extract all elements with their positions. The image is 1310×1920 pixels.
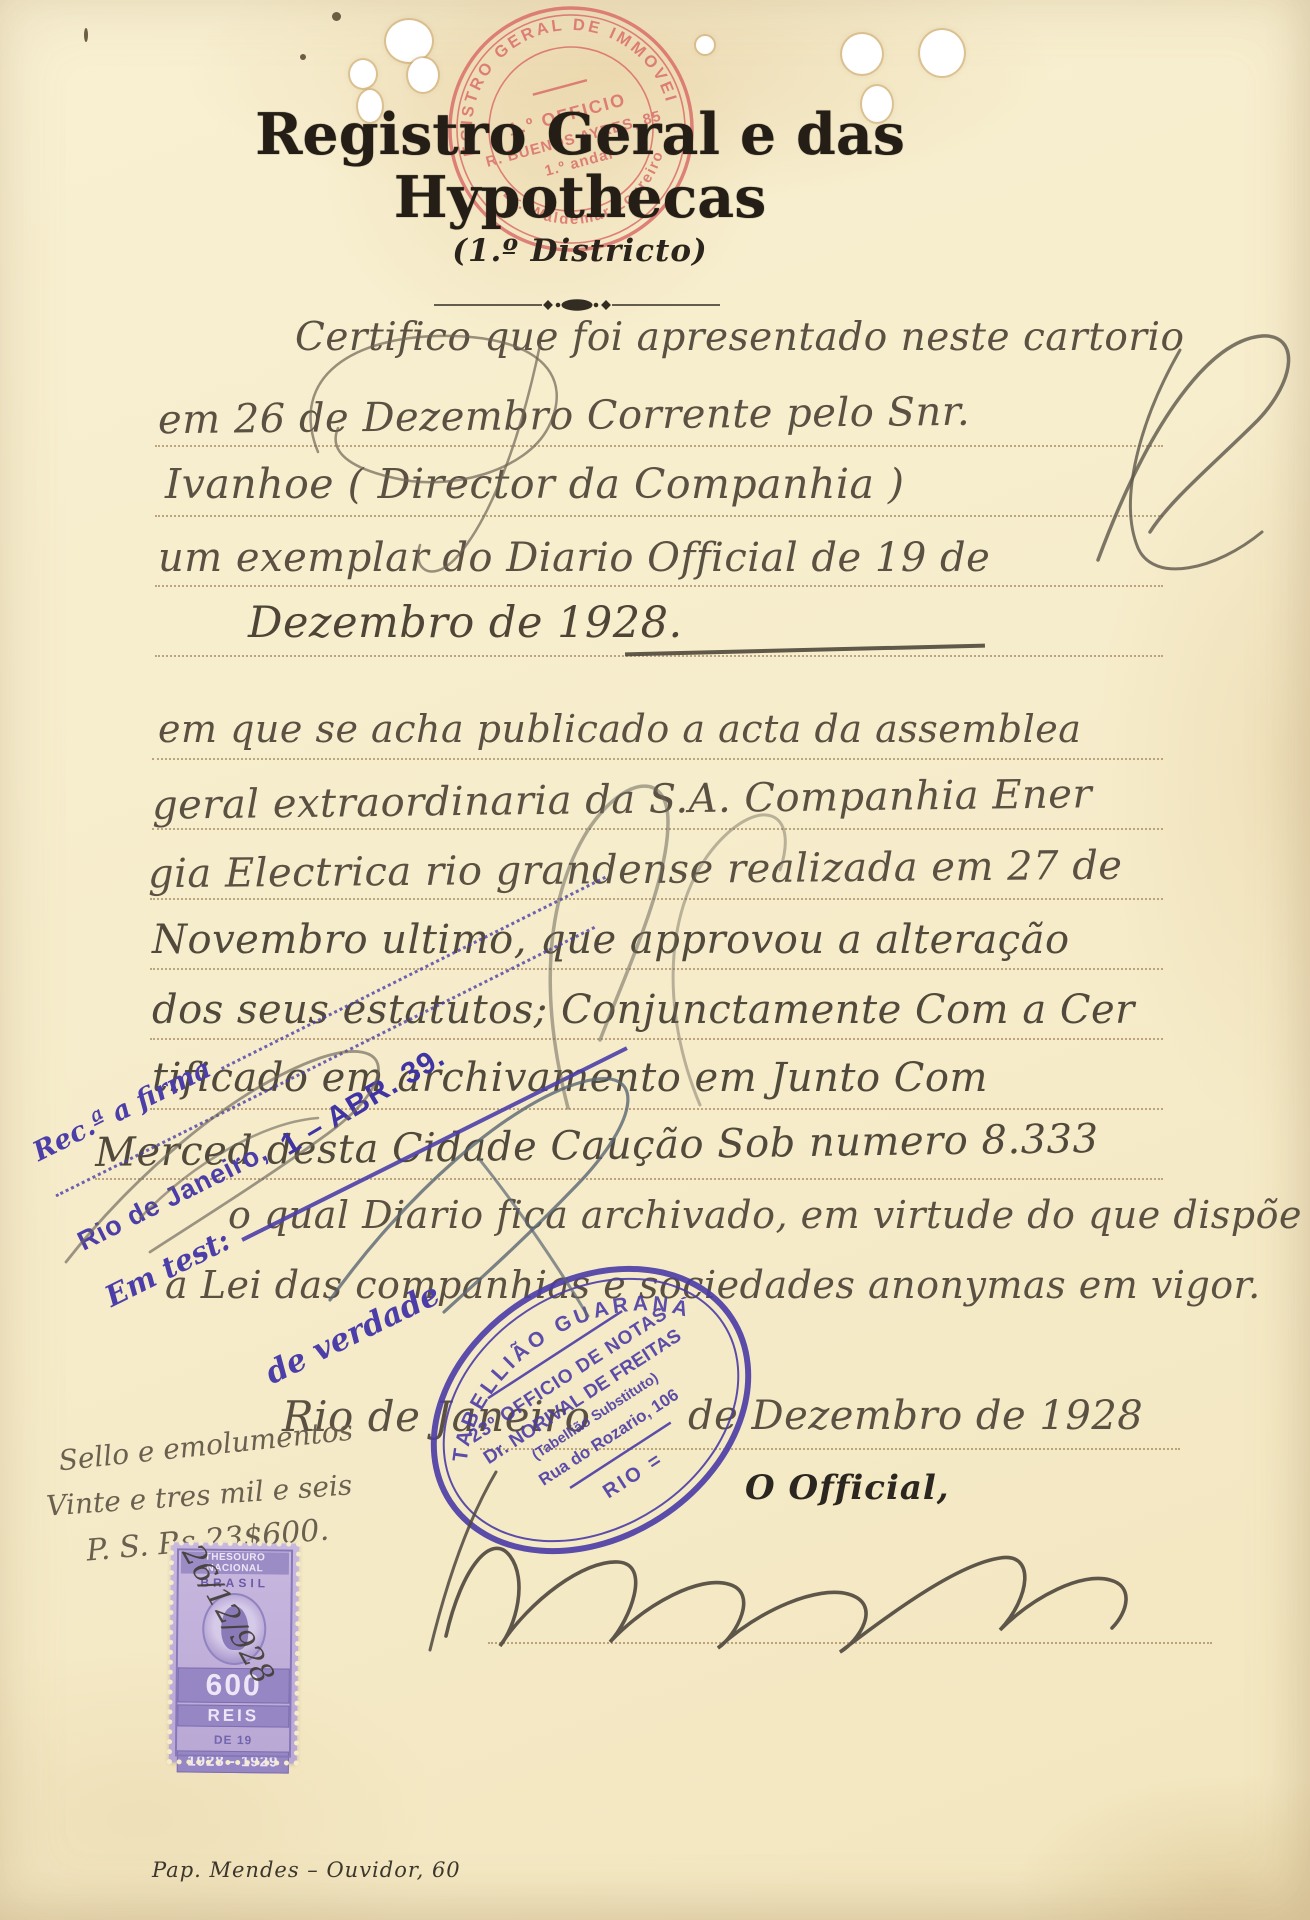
document-title: Registro Geral e das Hypothecas <box>90 104 1070 229</box>
handwritten-line: Certifico que foi apresentado neste cart… <box>295 318 1184 357</box>
snr-initials-flourish <box>1098 336 1289 560</box>
handwritten-line: um exemplar do Diario Official de 19 de <box>158 538 990 578</box>
paper-hole <box>842 34 882 74</box>
dotted-leader <box>221 876 606 1070</box>
paper-hole <box>862 86 892 122</box>
printer-imprint: Pap. Mendes – Ouvidor, 60 <box>152 1858 461 1882</box>
scanned-notarial-document: –REGISTRO GERAL DE IMMOVEIS– Dr. Waldema… <box>0 0 1310 1920</box>
ruled-dotted-line <box>150 898 1163 900</box>
paper-hole <box>350 60 376 88</box>
oval-stamp-rio: RIO = <box>599 1448 668 1503</box>
rec-firma-label: Rec.ª a firma <box>28 1053 216 1168</box>
handwritten-line: Ivanhoe ( Director da Companhia ) <box>165 464 904 505</box>
snr-initials-flourish <box>1130 350 1262 569</box>
notary-oval-stamp: TABELLIÃO GUARANÁ 23º OFFICIO DE NOTAS D… <box>368 1198 814 1621</box>
district-subtitle: (1.º Districto) <box>90 233 1070 269</box>
official-label: O Official, <box>745 1468 950 1508</box>
ruled-dotted-line <box>152 828 1163 830</box>
paper-hole <box>386 20 432 62</box>
paper-hole <box>408 58 438 92</box>
handwritten-line: em que se acha publicado a acta da assem… <box>158 710 1081 748</box>
ruled-dotted-line <box>155 515 1163 517</box>
handwritten-line: o qual Diario fica archivado, em virtude… <box>228 1196 1302 1234</box>
paper-hole <box>920 30 964 76</box>
ruled-dotted-line <box>152 758 1163 760</box>
handwritten-line: geral extraordinaria da S.A. Companhia E… <box>152 774 1093 825</box>
ink-speck <box>332 12 341 21</box>
signature-dotted-line <box>488 1642 1212 1644</box>
paper-hole <box>696 36 714 54</box>
ink-speck <box>84 28 88 42</box>
revenue-stamp: THESOURO NACIONAL BRASIL 600 REIS DE 19 … <box>169 1542 299 1763</box>
margin-note: Sello e emolumentos <box>57 1417 354 1476</box>
notary-oval-stamp-graphic: TABELLIÃO GUARANÁ 23º OFFICIO DE NOTAS D… <box>368 1198 814 1621</box>
handwritten-line: em 26 de Dezembro Corrente pelo Snr. <box>158 392 971 441</box>
paper-hole <box>358 90 382 122</box>
ink-speck <box>300 54 306 60</box>
handwritten-line: gia Electrica rio grandense realizada em… <box>148 846 1123 895</box>
ruled-dotted-line <box>155 445 1163 447</box>
ruled-dotted-line <box>155 585 1163 587</box>
handwritten-line: Dezembro de 1928. <box>248 602 683 645</box>
